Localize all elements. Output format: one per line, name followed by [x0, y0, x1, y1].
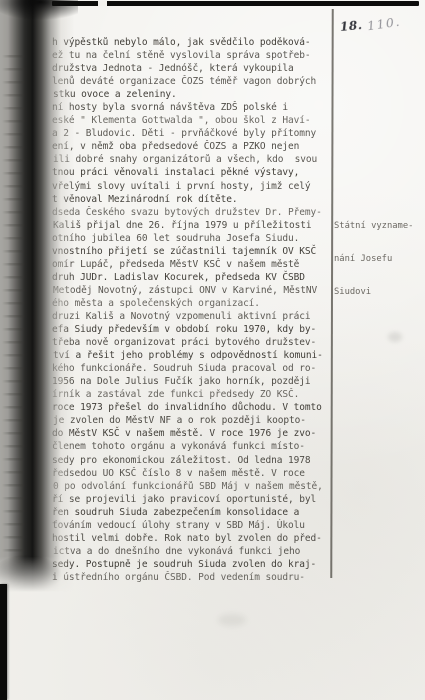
facing-page-text-ghost [2, 48, 28, 554]
typewritten-line: řen soudruh Siuda zabezpečením konsolida… [52, 506, 344, 519]
typewritten-line: ní hosty byla svorná návštěva ZDŠ polské… [52, 101, 344, 114]
typewritten-line: dseda Českého svazu bytových družstev Dr… [52, 206, 344, 219]
paper-smudge [388, 332, 402, 342]
typewritten-line: h výpěstků nebylo málo, jak svědčilo pod… [52, 36, 344, 49]
scanned-document-page: h výpěstků nebylo málo, jak svědčilo pod… [0, 0, 425, 700]
typewritten-line: ťováním vedoucí úlohy strany v SBD Máj. … [52, 519, 344, 532]
typewritten-line: hostil velmi dobře. Rok nato byl zvolen … [52, 532, 344, 545]
typewritten-line: členem tohoto orgánu a vykonává funkci m… [52, 440, 344, 453]
typewritten-line: Metoděj Novotný, zástupci ONV v Karviné,… [53, 284, 345, 297]
typewritten-line: ež tu na čelní stěně vyslovila správa sp… [52, 49, 344, 62]
typewritten-line: i ústředního orgánu ČSBD. Pod vedením so… [52, 571, 344, 584]
typewritten-line: ého města a společenských organizací. [52, 297, 344, 310]
typewritten-line: stku ovoce a zeleniny. [53, 88, 345, 101]
typewritten-line: vřelými slovy uvítali i první hosty, jim… [52, 180, 344, 193]
typewritten-body: h výpěstků nebylo málo, jak svědčilo pod… [52, 36, 344, 584]
typewritten-line: lenů deváté organizace ČOZS téměř vagon … [52, 75, 344, 88]
typewritten-line: roce 1973 přešel do invalidního důchodu.… [52, 401, 344, 414]
typewritten-line: t věnoval Mezinárodní rok dítěte. [52, 193, 344, 206]
typewritten-line: tnou práci věnovali instalaci pěkné výst… [52, 166, 344, 179]
typewritten-line: je zvolen do MěstV NF a o rok později ko… [53, 414, 345, 427]
typewritten-line: omír Lupáč, předseda MěstV KSČ v našem m… [52, 258, 344, 271]
typewritten-line: a 2 - Bludovic. Děti - prvňáčkové byly p… [52, 127, 344, 140]
margin-annotation-line: Státní vyzname- [334, 221, 422, 232]
scan-top-edge [52, 1, 419, 6]
margin-annotation-line: Siudovi [334, 287, 422, 298]
typewritten-line: ení, v němž oba předsedové ČOZS a PZKO n… [52, 140, 344, 153]
typewritten-line: družstva Jednota - Jednóšč, která vykoup… [52, 62, 344, 75]
handwritten-page-number: 18. [339, 18, 363, 34]
typewritten-line: třeba nově organizovat práci bytového dr… [52, 336, 344, 349]
typewritten-line: ří se projevili jako pravicoví oportunis… [52, 493, 344, 506]
typewritten-line: sedy pro ekonomickou záležitost. Od ledn… [52, 454, 344, 467]
typewritten-line: 1956 na Dole Julius Fučík jako horník, p… [52, 375, 344, 388]
typewritten-line: druzi Kališ a Novotný vzpomenuli aktivní… [52, 310, 344, 323]
typewritten-line: ili dobré snahy organizátorů a všech, kd… [53, 153, 345, 166]
typewritten-line: eské " Klementa Gottwalda ", obou škol z… [52, 114, 344, 127]
scan-top-edge-notch [98, 1, 107, 6]
paper-smudge [218, 614, 246, 626]
typewritten-line: tví a řešit jeho problémy s odpovědností… [53, 349, 345, 362]
typewritten-line: do MěstV KSČ v našem městě. V roce 1976 … [52, 427, 344, 440]
margin-annotation: Státní vyzname- nání Josefu Siudovi [334, 199, 422, 320]
typewritten-line: vnostního přijetí se zúčastnili tajemník… [52, 245, 344, 258]
typewritten-line: kého funkcionáře. Soudruh Siuda pracoval… [52, 362, 344, 375]
typewritten-line: 0 po odvolání funkcionářů SBD Máj v naše… [53, 480, 345, 493]
scan-left-edge [0, 584, 7, 700]
handwritten-folio-number: 110. [366, 14, 402, 34]
typewritten-line: írník a zastával zde funkci předsedy ZO … [52, 388, 344, 401]
typewritten-line: otního jubilea 60 let soudruha Josefa Si… [52, 232, 344, 245]
typewritten-line: sedy. Postupně je soudruh Siuda zvolen d… [52, 558, 344, 571]
typewritten-line: ředsedou UO KSČ číslo 8 v našem městě. V… [52, 467, 344, 480]
margin-annotation-line: nání Josefu [334, 254, 422, 265]
typewritten-line: druh JUDr. Ladislav Kocurek, předseda KV… [52, 271, 344, 284]
typewritten-line: efa Siudy především v období roku 1970, … [52, 323, 344, 336]
typewritten-line: ictva a do dnešního dne vykonává funkci … [53, 545, 345, 558]
typewritten-line: Kališ přijal dne 26. října 1979 u přílež… [53, 219, 345, 232]
